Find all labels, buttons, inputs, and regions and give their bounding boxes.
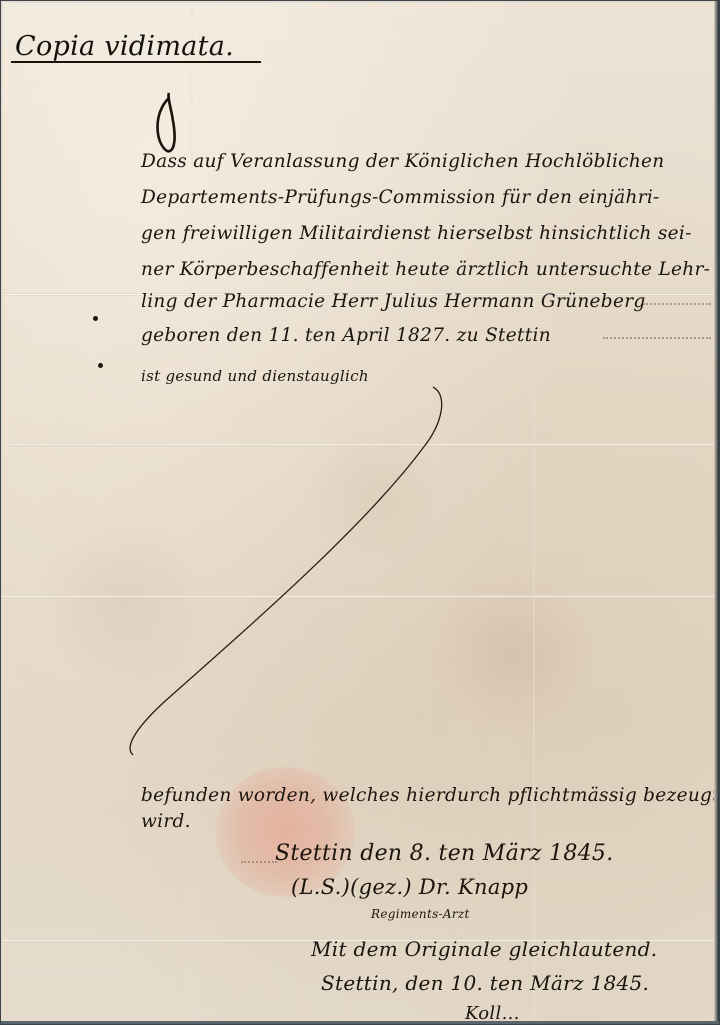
document-frame: Copia vidimata. Dass auf Veranlassung de… <box>0 0 720 1025</box>
place-date-2: Stettin, den 10. ten März 1845. <box>321 971 649 995</box>
paper-edge-bottom <box>1 1021 719 1024</box>
body-line-3: gen freiwilligen Militairdienst hierselb… <box>141 223 692 244</box>
dotted-filler <box>241 861 277 863</box>
signature: (L.S.)(gez.) Dr. Knapp <box>291 875 528 899</box>
closing-line-2: wird. <box>141 811 191 832</box>
body-line-5: ling der Pharmacie Herr Julius Hermann G… <box>141 291 646 312</box>
attestation-line: Mit dem Originale gleichlautend. <box>311 937 657 961</box>
body-line-7: ist gesund und dienstauglich <box>141 367 369 385</box>
body-line-6: geboren den 11. ten April 1827. zu Stett… <box>141 325 551 346</box>
closing-line-1: befunden worden, welches hierdurch pflic… <box>141 785 720 806</box>
dotted-filler <box>603 337 711 339</box>
place-date-1: Stettin den 8. ten März 1845. <box>275 841 614 866</box>
body-line-4: ner Körperbeschaffenheit heute ärztlich … <box>141 259 710 280</box>
paper-edge-right <box>714 1 719 1024</box>
body-line-2: Departements-Prüfungs-Commission für den… <box>141 187 660 208</box>
dotted-filler <box>643 303 711 305</box>
paper-sheet: Copia vidimata. Dass auf Veranlassung de… <box>3 3 715 1022</box>
body-line-1: Dass auf Veranlassung der Königlichen Ho… <box>141 151 665 172</box>
signature-title: Regiments-Arzt <box>371 907 470 921</box>
